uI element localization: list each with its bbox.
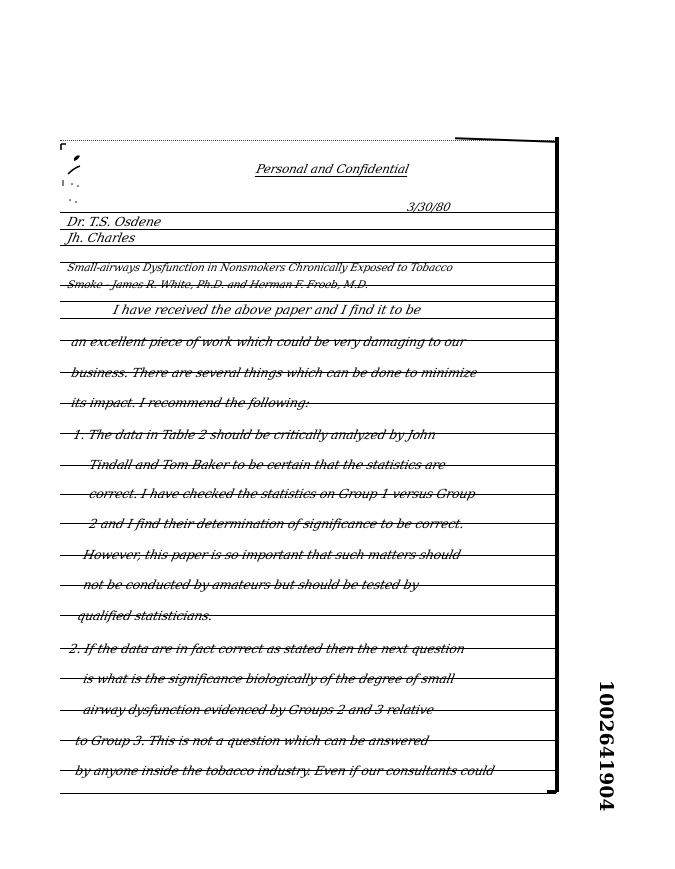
body-line: not be conducted by amateurs but should …: [82, 578, 420, 592]
bates-number-text: 1002641904: [595, 680, 616, 812]
ruled-line: [60, 245, 556, 246]
subject-line-1: Small-airways Dysfunction in Nonsmokers …: [66, 261, 454, 275]
body-line: 1. The data in Table 2 should be critica…: [72, 428, 437, 442]
recipient-name: Dr. T.S. Osdene: [66, 215, 163, 229]
hole-punch-marks-icon: [60, 142, 90, 212]
body-line: business. There are several things which…: [70, 366, 479, 380]
letter-date: 3/30/80: [406, 200, 452, 214]
body-line: 2. If the data are in fact correct as st…: [68, 642, 466, 656]
body-line: is what is the significance biologically…: [82, 672, 456, 686]
body-line: by anyone inside the tobacco industry. E…: [74, 764, 496, 778]
body-line: an excellent piece of work which could b…: [70, 335, 467, 349]
body-line: However, this paper is so important that…: [82, 548, 462, 562]
bates-number: 1002641904: [596, 680, 620, 810]
body-line: I have received the above paper and I fi…: [112, 303, 422, 317]
ruled-line: [60, 793, 556, 794]
notepad-page: Personal and Confidential 3/30/80 Dr. T.…: [60, 140, 558, 796]
body-line: qualified statisticians.: [76, 609, 214, 623]
ruled-line: [60, 318, 556, 319]
body-line: to Group 3. This is not a question which…: [74, 734, 430, 748]
classification-heading: Personal and Confidential: [255, 162, 410, 176]
ruled-line: [60, 212, 556, 213]
body-line: its impact. I recommend the following:: [70, 396, 311, 410]
body-line: Tindall and Tom Baker to be certain that…: [88, 458, 447, 472]
subject-line-2: Smoke - James R. White, Ph.D. and Herman…: [66, 278, 370, 292]
recipient-title: Jh. Charles: [66, 231, 137, 245]
body-line: 2 and I find their determination of sign…: [88, 517, 465, 531]
body-line: airway dysfunction evidenced by Groups 2…: [82, 703, 435, 717]
body-line: correct. I have checked the statistics o…: [88, 487, 477, 501]
